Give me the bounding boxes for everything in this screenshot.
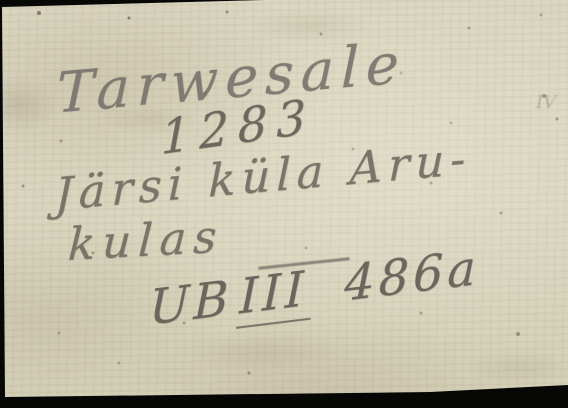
handwritten-location-line-2: kulas bbox=[67, 210, 225, 271]
source-volume-roman-numeral: III bbox=[236, 260, 311, 329]
source-abbreviation: UB bbox=[149, 270, 233, 337]
paper-speckles bbox=[0, 0, 2, 2]
index-card: Tarwesale 1283 Järsi küla Aru- kulas UBI… bbox=[0, 0, 568, 408]
scanned-card-photo: Tarwesale 1283 Järsi küla Aru- kulas UBI… bbox=[0, 0, 568, 408]
ink-bleed-through-mark: IV bbox=[536, 92, 556, 113]
